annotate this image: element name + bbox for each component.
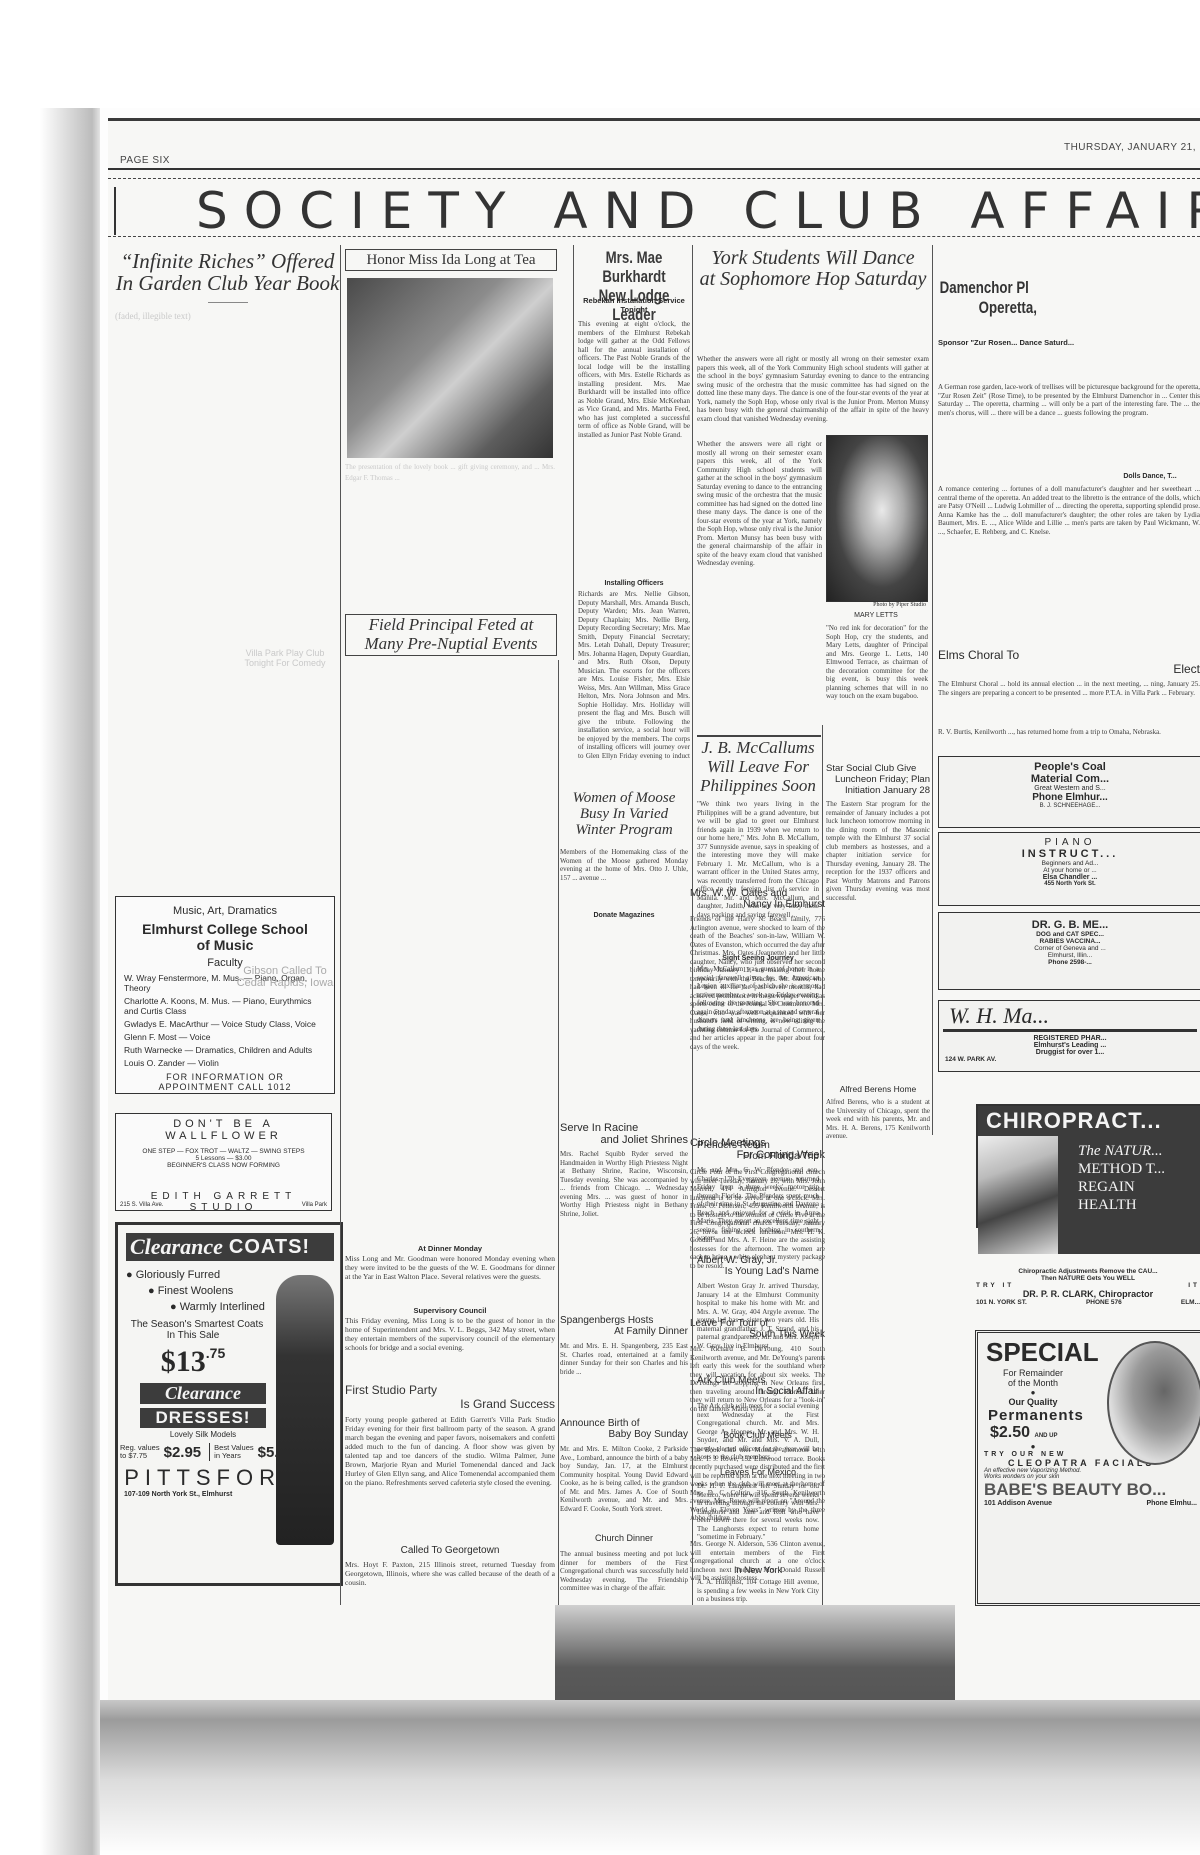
elms-choral-body: The Elmhurst Choral ... hold its annual … <box>938 680 1200 697</box>
ark-club-body: The Ark club will meet for a social even… <box>697 1402 819 1462</box>
elms-choral-headline: Elms Choral To Elect <box>938 648 1200 676</box>
supervisory-body: This Friday evening, Miss Long is to be … <box>345 1316 555 1352</box>
at-dinner-body: Miss Long and Mr. Goodman were honored M… <box>345 1254 555 1281</box>
scan-binding-fold <box>0 108 100 1855</box>
headline-line: Operetta, <box>940 298 1147 318</box>
subhead-at-dinner: At Dinner Monday <box>345 1244 555 1253</box>
dress-banner-bold: DRESSES! <box>140 1408 266 1428</box>
headline-line: Busy In Varied <box>560 806 688 822</box>
price: $2.50 <box>990 1424 1030 1441</box>
tagline: In This Sale <box>118 1330 268 1341</box>
ad-address: 124 W. PARK AV. <box>939 1056 1200 1063</box>
subhead-installing: Installing Officers <box>578 580 690 587</box>
mccallums-box <box>697 735 821 737</box>
photo-name: MARY LETTS <box>826 612 926 619</box>
store-address: 107-109 North York St., Elmhurst <box>124 1491 232 1498</box>
slogan-line: HEALTH <box>1078 1196 1200 1214</box>
headline-line: Cedar Rapids, Iowa <box>225 977 345 989</box>
divider <box>943 1029 1197 1032</box>
headline-line: Will Leave For <box>697 757 819 776</box>
moose-headline: Women of Moose Busy In Varied Winter Pro… <box>560 790 688 838</box>
header-rule <box>108 168 1200 170</box>
ad-line: Music, Art, Dramatics <box>116 905 334 917</box>
woman-portrait-illustration <box>1107 1341 1200 1465</box>
ad-babes-beauty: SPECIAL For Remainder of the Month ● Our… <box>975 1330 1200 1606</box>
ad-line: DOG and CAT SPEC... <box>939 931 1200 938</box>
faculty-entry: Ruth Warnecke — Dramatics, Children and … <box>124 1045 326 1055</box>
studio-party-body: Forty young people gathered at Edith Gar… <box>345 1415 555 1487</box>
column-rule <box>573 245 574 660</box>
headline-line: Baby Boy Sunday <box>560 1429 688 1440</box>
studio-party-headline: First Studio Party Is Grand Success <box>345 1383 555 1411</box>
field-principal-headline-box: Field Principal Feted at Many Pre-Nuptia… <box>345 614 557 656</box>
headline-line: From Florida Trip <box>697 1151 819 1162</box>
ida-long-caption: The presentation of the lovely book ... … <box>345 462 555 542</box>
mccallums-body-2: Mrs. McCallum was guest of honor in a so… <box>697 965 819 1095</box>
faculty-entry: Louis O. Zander — Violin <box>124 1058 326 1068</box>
subhead-donate: Donate Magazines <box>560 912 688 919</box>
ad-peoples-coal: People's Coal Material Com... Great West… <box>938 756 1200 828</box>
damenchor-headline: Damenchor Pl Operetta, <box>935 278 1146 318</box>
spangenbergs-body: Mr. and Mrs. E. H. Spangenberg, 235 East… <box>560 1342 688 1376</box>
slogan-line: The NATUR... <box>1078 1142 1200 1160</box>
ad-line: Druggist for over 1... <box>939 1049 1200 1056</box>
ad-phone: Phone 2598-... <box>939 959 1200 966</box>
birth-headline: Announce Birth of Baby Boy Sunday <box>560 1418 688 1440</box>
york-dance-body-cont: Whether the answers were all right or mo… <box>697 440 822 620</box>
field-principal-headline: Field Principal Feted at Many Pre-Nuptia… <box>346 615 556 653</box>
ad-line: For Remainder <box>978 1368 1088 1378</box>
ad-piano-instruction: PIANO INSTRUCT... Beginners and Ad... At… <box>938 832 1200 906</box>
headline-line: Many Pre-Nuptial Events <box>346 634 556 653</box>
mccallums-body: "We think two years living in the Philip… <box>697 800 819 950</box>
mccallums-headline: J. B. McCallums Will Leave For Philippin… <box>697 738 819 795</box>
address-row: 101 N. YORK ST.PHONE 576ELM... <box>976 1299 1200 1306</box>
ad-banner: CHIROPRACT... <box>978 1106 1200 1136</box>
star-social-body: The Eastern Star program for the remaind… <box>826 800 930 975</box>
dolls-body: A romance centering ... fortunes of a do… <box>938 485 1200 605</box>
column-rule <box>340 245 341 1605</box>
ad-phone: Phone Elmhur... <box>939 792 1200 803</box>
headline-line: York Students Will Dance <box>697 248 929 269</box>
headline-line: Is Young Lad's Name <box>697 1266 819 1277</box>
price-dollars: $13 <box>161 1345 206 1378</box>
headline-line: Villa Park Play Club <box>230 648 340 658</box>
headline-line: First Studio Party <box>345 1383 555 1397</box>
phone: Phone Elmhu... <box>1146 1500 1197 1507</box>
column-rule <box>932 245 933 1135</box>
slogan-line: REGAIN <box>1078 1178 1200 1196</box>
birth-body: Mr. and Mrs. E. Milton Cooke, 2 Parkside… <box>560 1445 688 1513</box>
garden-club-headline: “Infinite Riches” Offered In Garden Club… <box>115 250 340 294</box>
luncheon-body: Mrs. George N. Alderson, 536 Clinton ave… <box>690 1540 825 1583</box>
subhead-dolls: Dolls Dance, T... <box>1100 473 1200 480</box>
headline-line: Initiation January 28 <box>826 785 930 796</box>
column-rule <box>558 660 559 1605</box>
try-row: TRY ITIT <box>976 1282 1200 1289</box>
ad-edith-garrett-studio: DON'T BE A WALLFLOWER ONE STEP — FOX TRO… <box>115 1113 332 1211</box>
faculty-entry: Glenn F. Most — Voice <box>124 1032 326 1042</box>
ad-line: 5 Lessons — $3.00 <box>116 1155 331 1162</box>
headline-line: “Infinite Riches” Offered <box>115 250 340 272</box>
headline-line: Mrs. Mae Burkhardt <box>590 248 677 286</box>
page-date: THURSDAY, JANUARY 21, <box>1064 142 1196 153</box>
racine-headline: Serve In Racine and Joliet Shrines <box>560 1122 688 1146</box>
ad-address: 215 S. Villa Ave. <box>120 1202 163 1208</box>
headline-line: Winter Program <box>560 822 688 838</box>
headline-line: Ark Club Meets <box>697 1375 819 1386</box>
price-suffix: AND UP <box>1035 1433 1058 1439</box>
ad-school-name: of Music <box>116 937 334 953</box>
gray-headline: Albert W. Gray, Jr. Is Young Lad's Name <box>697 1255 819 1277</box>
new-york-body: A. A. Hultquist, 104 Cottage Hill avenue… <box>697 1578 819 1604</box>
gray-body: Albert Weston Gray Jr. arrived Thursday,… <box>697 1282 819 1350</box>
headline-line: Albert W. Gray, Jr. <box>697 1255 819 1266</box>
address: 101 N. YORK ST. <box>976 1299 1027 1306</box>
gibson-headline: Gibson Called To Cedar Rapids, Iowa <box>225 965 345 989</box>
photo-credit: Photo by Piper Studio <box>826 602 926 608</box>
ad-line: Beginners and Ad... <box>939 860 1200 867</box>
reg-values: Reg. valuesto $7.75 <box>120 1444 160 1460</box>
headline-line: At Family Dinner <box>560 1326 688 1337</box>
ad-footer: APPOINTMENT CALL 1012 <box>116 1082 334 1092</box>
mexico-headline: Leaves For Mexico <box>697 1467 819 1477</box>
ida-long-headline: Honor Miss Ida Long at Tea <box>346 250 556 270</box>
headline-line: at Sophomore Hop Saturday <box>697 269 929 290</box>
headline-line: Announce Birth of <box>560 1418 688 1429</box>
label: to $7.75 <box>120 1452 160 1460</box>
subhead-sight: Sight Seeing Journey <box>697 955 819 962</box>
page-number: PAGE SIX <box>120 155 170 166</box>
ad-line: BEGINNER'S CLASS NOW FORMING <box>116 1162 331 1169</box>
headline-line: In Garden Club Year Book <box>115 272 340 294</box>
phone: PHONE 576 <box>1086 1299 1122 1306</box>
ad-elmhurst-college: Music, Art, Dramatics Elmhurst College S… <box>115 896 335 1094</box>
ad-headline: DON'T BE A WALLFLOWER <box>116 1118 331 1142</box>
ad-line: People's Coal <box>939 761 1200 773</box>
doctor-name: DR. P. R. CLARK, Chiropractor <box>976 1289 1200 1299</box>
star-social-headline: Star Social Club Give Luncheon Friday; P… <box>826 763 930 796</box>
pfenders-body: Mr. and Mrs. G. W. Pfender and son, Char… <box>697 1166 819 1243</box>
column-rule <box>692 245 693 1605</box>
ad-footer: FOR INFORMATION OR <box>116 1072 334 1082</box>
masthead: SOCIETY AND CLUB AFFAIRS <box>114 187 1200 235</box>
headline-line: Is Grand Success <box>345 1397 555 1411</box>
officers-body: Richards are Mrs. Nellie Gibson, Deputy … <box>578 590 690 760</box>
ad-line: Our Quality <box>978 1397 1088 1407</box>
pfenders-headline: Pfenders Return From Florida Trip <box>697 1140 819 1162</box>
column-1: “Infinite Riches” Offered In Garden Club… <box>115 240 340 711</box>
ad-line: ONE STEP — FOX TROT — WALTZ — SWING STEP… <box>116 1148 331 1155</box>
ad-line: Elmhurst's Leading ... <box>939 1042 1200 1049</box>
bullet-icon: ● <box>978 1388 1088 1397</box>
ad-line: of the Month <box>978 1378 1088 1388</box>
berens-headline: Alfred Berens Home <box>826 1084 930 1094</box>
burkhardt-body: This evening at eight o'clock, the membe… <box>578 320 690 570</box>
york-dance-headline: York Students Will Dance at Sophomore Ho… <box>697 248 929 290</box>
field-principal-body <box>410 660 555 1040</box>
york-dance-body: Whether the answers were all right or mo… <box>697 355 929 435</box>
church-dinner-body: The annual business meeting and pot luck… <box>560 1550 688 1593</box>
ad-line: Great Western and S... <box>939 785 1200 792</box>
church-dinner-headline: Church Dinner <box>560 1533 688 1543</box>
faculty-entry: Charlotte A. Koons, M. Mus. — Piano, Eur… <box>124 996 326 1016</box>
subhead-supervisory: Supervisory Council <box>345 1306 555 1315</box>
ad-school-name: Elmhurst College School <box>116 921 334 937</box>
headline-line: Gibson Called To <box>225 965 345 977</box>
ad-pharmacy: W. H. Ma... REGISTERED PHAR... Elmhurst'… <box>938 1000 1200 1072</box>
ad-body: The NATUR... METHOD T... REGAIN HEALTH <box>978 1136 1200 1254</box>
dress-banner-script: Clearance <box>140 1383 266 1404</box>
headline-line: Luncheon Friday; Plan <box>826 774 930 785</box>
price-dresses-1: $2.95 <box>164 1444 202 1461</box>
mexico-body: Dr. H. F. Langhorst left Sunday for old … <box>697 1482 819 1542</box>
page-header: PAGE SIX THURSDAY, JANUARY 21, <box>108 146 1200 176</box>
ad-line: RABIES VACCINA... <box>939 938 1200 945</box>
moose-body: Members of the Homemaking class of the W… <box>560 848 688 882</box>
column-rule <box>822 725 823 1605</box>
berens-body: Alfred Berens, who is a student at the U… <box>826 1098 930 1141</box>
scan-shadow <box>555 1605 955 1855</box>
photo-caption: "No red ink for decoration" for the Soph… <box>826 624 928 701</box>
bullet-icon: ● <box>978 1442 1088 1451</box>
ad-name: Elsa Chandler ... <box>939 874 1200 881</box>
headline-line: Star Social Club Give <box>826 763 930 774</box>
headline-line: In Social Affair <box>697 1386 819 1397</box>
ad-line: At your home or ... <box>939 867 1200 874</box>
mary-letts-photo <box>826 435 928 602</box>
ad-line: Elmhurst, Illin... <box>939 952 1200 959</box>
label: in Years <box>214 1452 253 1460</box>
ad-line: PIANO <box>939 837 1200 848</box>
price-cents: .75 <box>206 1345 225 1361</box>
racine-body: Mrs. Rachel Squibb Ryder served the Hand… <box>560 1150 688 1218</box>
headline-line: J. B. McCallums <box>697 738 819 757</box>
ad-script-name: W. H. Ma... <box>939 1003 1200 1029</box>
spangenbergs-headline: Spangenbergs Hosts At Family Dinner <box>560 1315 688 1337</box>
dress-sub: Lovely Silk Models <box>118 1430 288 1439</box>
headline-line: Serve In Racine <box>560 1122 688 1134</box>
headline-line: Elect <box>938 662 1200 676</box>
play-club-headline: Villa Park Play Club Tonight For Comedy <box>230 648 340 668</box>
ad-pittsfords: Clearance COATS! ● Gloriously Furred● Fi… <box>115 1222 343 1586</box>
ad-line: INSTRUCT... <box>939 848 1200 860</box>
masthead-rule <box>108 236 1200 237</box>
ida-long-headline-box: Honor Miss Ida Long at Tea <box>345 249 557 271</box>
headline-line: Philippines Soon <box>697 776 819 795</box>
faculty-entry: Gwladys E. MacArthur — Voice Study Class… <box>124 1019 326 1029</box>
burkhardt-subhead: Rebekah Installation Service Tonight <box>578 296 690 314</box>
tagline: The Season's Smartest Coats <box>118 1319 272 1330</box>
new-york-headline: In New York <box>697 1565 819 1575</box>
slogan-line: METHOD T... <box>1078 1160 1200 1178</box>
headline-line: Spangenbergs Hosts <box>560 1315 688 1326</box>
headline-line: Pfenders Return <box>697 1140 819 1151</box>
city: ELM... <box>1181 1299 1200 1306</box>
headline-line: Tonight For Comedy <box>230 658 340 668</box>
ad-name: DR. G. B. ME... <box>939 919 1200 931</box>
ad-city: Villa Park <box>302 1202 327 1208</box>
coats-banner: Clearance COATS! <box>126 1233 334 1261</box>
headline-line: Field Principal Feted at <box>346 615 556 634</box>
ad-slogan: The NATUR... METHOD T... REGAIN HEALTH <box>1058 1136 1200 1254</box>
headline-line: Elms Choral To <box>938 648 1200 662</box>
ad-line: Material Com... <box>939 773 1200 785</box>
woman-in-coat-illustration <box>276 1275 334 1545</box>
try-label: TRY IT <box>976 1282 1014 1289</box>
georgetown-body: Mrs. Hoyt F. Paxton, 215 Illinois street… <box>345 1560 555 1587</box>
divider <box>209 1443 210 1461</box>
best-values: Best Valuesin Years <box>214 1444 253 1460</box>
ad-owner: B. J. SCHNEEHAGE... <box>939 803 1200 809</box>
headline-line: Women of Moose <box>560 790 688 806</box>
ad-address: 455 North York St. <box>939 881 1200 887</box>
headline-line: and Joliet Shrines <box>560 1134 688 1146</box>
address: 101 Addison Avenue <box>984 1500 1052 1507</box>
tagline: Chiropractic Adjustments Remove the CAU.… <box>976 1268 1200 1275</box>
ida-long-tea-photo <box>347 278 553 458</box>
banner-script: Clearance <box>130 1234 223 1260</box>
damenchor-subhead: Sponsor "Zur Rosen... Dance Saturd... <box>938 338 1200 347</box>
masthead-title: SOCIETY AND CLUB AFFAIRS <box>116 187 1200 235</box>
headline-line: Damenchor Pl <box>940 278 1147 298</box>
ark-club-headline: Ark Club Meets In Social Affair <box>697 1375 819 1397</box>
try-label: IT <box>1188 1282 1200 1289</box>
ad-shop-name: BABE'S BEAUTY BO... <box>978 1480 1200 1500</box>
burtis-body: R. V. Burtis, Kenilworth ..., has return… <box>938 728 1200 737</box>
ad-line: Corner of Geneva and ... <box>939 945 1200 952</box>
ad-veterinarian: DR. G. B. ME... DOG and CAT SPEC... RABI… <box>938 912 1200 990</box>
ad-chiropractic: CHIROPRACT... The NATUR... METHOD T... R… <box>976 1104 1200 1228</box>
banner-bold: COATS! <box>229 1236 310 1259</box>
scan-margin-top <box>0 0 1200 108</box>
ad-footer: 101 Addison AvenuePhone Elmhu... <box>978 1500 1200 1507</box>
chiropractor-illustration <box>978 1136 1058 1254</box>
chiropractic-footer: Chiropractic Adjustments Remove the CAU.… <box>976 1268 1200 1306</box>
tagline: Then NATURE Gets You WELL <box>976 1275 1200 1282</box>
georgetown-headline: Called To Georgetown <box>345 1545 555 1556</box>
divider <box>208 302 248 303</box>
ad-line: REGISTERED PHAR... <box>939 1035 1200 1042</box>
header-rule-dashed <box>108 178 1200 179</box>
coat-price: $13.75 <box>118 1345 268 1379</box>
